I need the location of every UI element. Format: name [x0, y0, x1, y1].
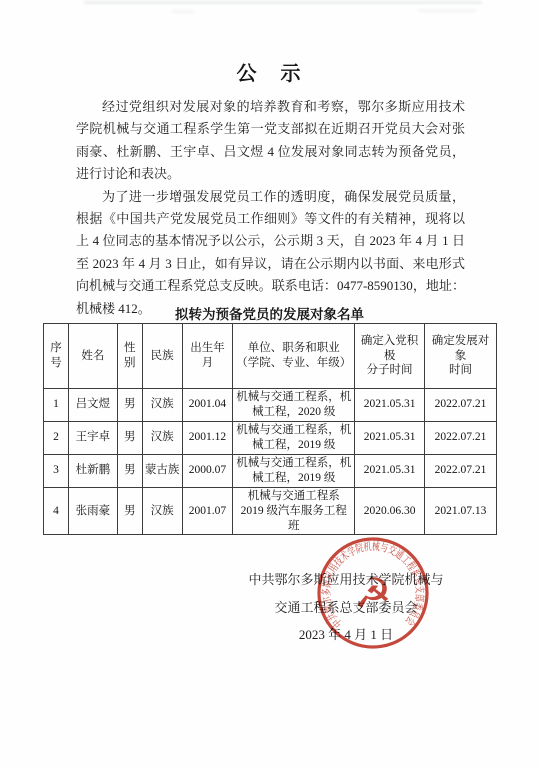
table-cell: 2 — [44, 421, 69, 454]
table-header: 序号姓名性别民族出生年月单位、职务和职业 （学院、专业、年级）确定入党积极 分子… — [44, 324, 497, 389]
table-cell: 2001.04 — [182, 389, 233, 422]
column-header: 出生年月 — [182, 324, 233, 389]
document-body: 经过党组织对发展对象的培养教育和考察，鄂尔多斯应用技术学院机械与交通工程系学生第… — [76, 96, 465, 320]
table-cell: 2022.07.21 — [424, 421, 496, 454]
table-row: 3杜新鹏男蒙古族2000.07机械与交通工程系，机械工程，2019 级2021.… — [44, 454, 497, 487]
table-cell: 杜新鹏 — [68, 454, 117, 487]
scan-artifact — [84, 1, 482, 4]
table-cell: 1 — [44, 389, 69, 422]
column-header: 姓名 — [68, 324, 117, 389]
scanned-document-page: 公 示 经过党组织对发展对象的培养教育和考察，鄂尔多斯应用技术学院机械与交通工程… — [0, 0, 539, 768]
table-cell: 男 — [117, 454, 142, 487]
table-row: 2王宇卓男汉族2001.12机械与交通工程系，机械工程，2019 级2021.0… — [44, 421, 497, 454]
candidate-roster-table: 序号姓名性别民族出生年月单位、职务和职业 （学院、专业、年级）确定入党积极 分子… — [43, 323, 497, 535]
table-cell: 2001.07 — [182, 487, 233, 535]
table-cell: 机械与交通工程系，机械工程，2019 级 — [233, 421, 355, 454]
table-cell: 机械与交通工程系，机械工程，2020 级 — [233, 389, 355, 422]
table-cell: 2022.07.21 — [424, 389, 496, 422]
column-header: 单位、职务和职业 （学院、专业、年级） — [233, 324, 355, 389]
hammer-sickle-icon: ☭ — [354, 569, 392, 618]
table-cell: 男 — [117, 421, 142, 454]
table-cell: 2022.07.21 — [424, 454, 496, 487]
table-cell: 3 — [44, 454, 69, 487]
table-cell: 4 — [44, 487, 69, 535]
table-cell: 机械与交通工程系，机械工程，2019 级 — [233, 454, 355, 487]
column-header: 确定发展对象 时间 — [424, 324, 496, 389]
paragraph-details: 为了进一步增强发展党员工作的透明度，确保发展党员质量，根据《中国共产党发展党员工… — [76, 186, 465, 320]
column-header: 序号 — [44, 324, 69, 389]
table-cell: 2021.05.31 — [355, 454, 425, 487]
column-header: 民族 — [142, 324, 182, 389]
table-cell: 男 — [117, 487, 142, 535]
table-cell: 汉族 — [142, 389, 182, 422]
table-cell: 2021.07.13 — [424, 487, 496, 535]
header-row: 序号姓名性别民族出生年月单位、职务和职业 （学院、专业、年级）确定入党积极 分子… — [44, 324, 497, 389]
column-header: 性别 — [117, 324, 142, 389]
table-caption: 拟转为预备党员的发展对象名单 — [0, 303, 539, 323]
table-cell: 蒙古族 — [142, 454, 182, 487]
column-header: 确定入党积极 分子时间 — [355, 324, 425, 389]
table-cell: 王宇卓 — [68, 421, 117, 454]
table-cell: 2020.06.30 — [355, 487, 425, 535]
table-row: 4张雨豪男汉族2001.07机械与交通工程系 2019 级汽车服务工程班2020… — [44, 487, 497, 535]
table-cell: 2021.05.31 — [355, 421, 425, 454]
table-cell: 吕文煜 — [68, 389, 117, 422]
paragraph-intro: 经过党组织对发展对象的培养教育和考察，鄂尔多斯应用技术学院机械与交通工程系学生第… — [76, 96, 465, 186]
scan-artifact — [418, 9, 476, 12]
document-title: 公 示 — [0, 57, 539, 86]
table-cell: 张雨豪 — [68, 487, 117, 535]
scan-artifact — [172, 10, 194, 13]
table-cell: 汉族 — [142, 421, 182, 454]
table-cell: 2001.12 — [182, 421, 233, 454]
table-row: 1吕文煜男汉族2001.04机械与交通工程系，机械工程，2020 级2021.0… — [44, 389, 497, 422]
table-body: 1吕文煜男汉族2001.04机械与交通工程系，机械工程，2020 级2021.0… — [44, 389, 497, 535]
table-cell: 男 — [117, 389, 142, 422]
table-cell: 2000.07 — [182, 454, 233, 487]
official-seal: 中共鄂尔多斯应用技术学院机械与交通工程系总支部委员会 ☭ — [314, 534, 432, 652]
table-cell: 机械与交通工程系 2019 级汽车服务工程班 — [233, 487, 355, 535]
table-cell: 汉族 — [142, 487, 182, 535]
table-cell: 2021.05.31 — [355, 389, 425, 422]
